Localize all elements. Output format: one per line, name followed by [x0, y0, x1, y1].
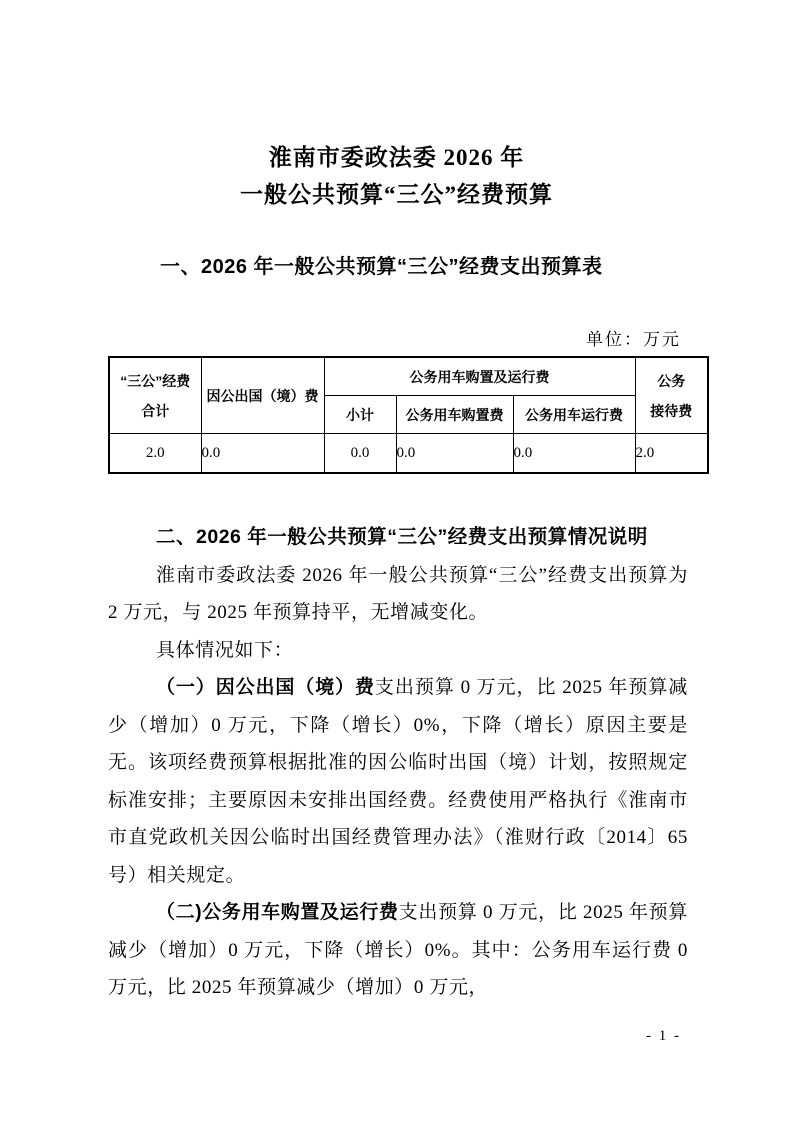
- header-reception-line1: 公务: [636, 366, 708, 396]
- document-page: 淮南市委政法委 2026 年 一般公共预算“三公”经费预算 一、2026 年一般…: [0, 0, 793, 1122]
- header-total-line1: “三公”经费: [110, 366, 201, 396]
- value-total: 2.0: [109, 434, 201, 474]
- value-vehicle-operation: 0.0: [513, 434, 635, 474]
- header-total: “三公”经费 合计: [109, 357, 201, 434]
- section2: 二、2026 年一般公共预算“三公”经费支出预算情况说明 淮南市委政法委 202…: [108, 519, 685, 1007]
- paragraph-abroad-lead: （一）因公出国（境）费: [156, 677, 375, 698]
- header-vehicle-purchase: 公务用车购置费: [396, 396, 513, 434]
- title-line-2: 一般公共预算“三公”经费预算: [108, 176, 685, 213]
- three-public-budget-table: “三公”经费 合计 因公出国（境）费 公务用车购置及运行费 公务 接待费 小计 …: [108, 356, 709, 474]
- paragraph-vehicle-lead: （二)公务用车购置及运行费: [156, 902, 399, 923]
- paragraph-abroad-expense: （一）因公出国（境）费支出预算 0 万元，比 2025 年预算减少（增加）0 万…: [108, 669, 688, 894]
- page-number: - 1 -: [646, 1028, 681, 1045]
- header-vehicle-subtotal: 小计: [324, 396, 396, 434]
- document-title: 淮南市委政法委 2026 年 一般公共预算“三公”经费预算: [108, 0, 685, 213]
- value-vehicle-subtotal: 0.0: [324, 434, 396, 474]
- header-vehicle-group: 公务用车购置及运行费: [324, 357, 635, 396]
- title-line-1: 淮南市委政法委 2026 年: [108, 139, 685, 176]
- section1-heading: 一、2026 年一般公共预算“三公”经费支出预算表: [108, 250, 685, 279]
- header-vehicle-operation: 公务用车运行费: [513, 396, 635, 434]
- header-abroad: 因公出国（境）费: [201, 357, 324, 434]
- header-reception: 公务 接待费: [635, 357, 708, 434]
- paragraph-vehicle-expense: （二)公务用车购置及运行费支出预算 0 万元，比 2025 年预算减少（增加）0…: [108, 894, 688, 1007]
- value-vehicle-purchase: 0.0: [396, 434, 513, 474]
- value-reception: 2.0: [635, 434, 708, 474]
- table-row: 2.0 0.0 0.0 0.0 0.0 2.0: [109, 434, 708, 474]
- paragraph-summary: 淮南市委政法委 2026 年一般公共预算“三公”经费支出预算为 2 万元，与 2…: [108, 557, 688, 632]
- section2-heading: 二、2026 年一般公共预算“三公”经费支出预算情况说明: [108, 519, 685, 557]
- header-total-line2: 合计: [110, 396, 201, 426]
- table-unit-label: 单位：万元: [108, 325, 707, 350]
- paragraph-details-intro: 具体情况如下：: [108, 632, 688, 670]
- header-reception-line2: 接待费: [636, 396, 708, 426]
- value-abroad: 0.0: [201, 434, 324, 474]
